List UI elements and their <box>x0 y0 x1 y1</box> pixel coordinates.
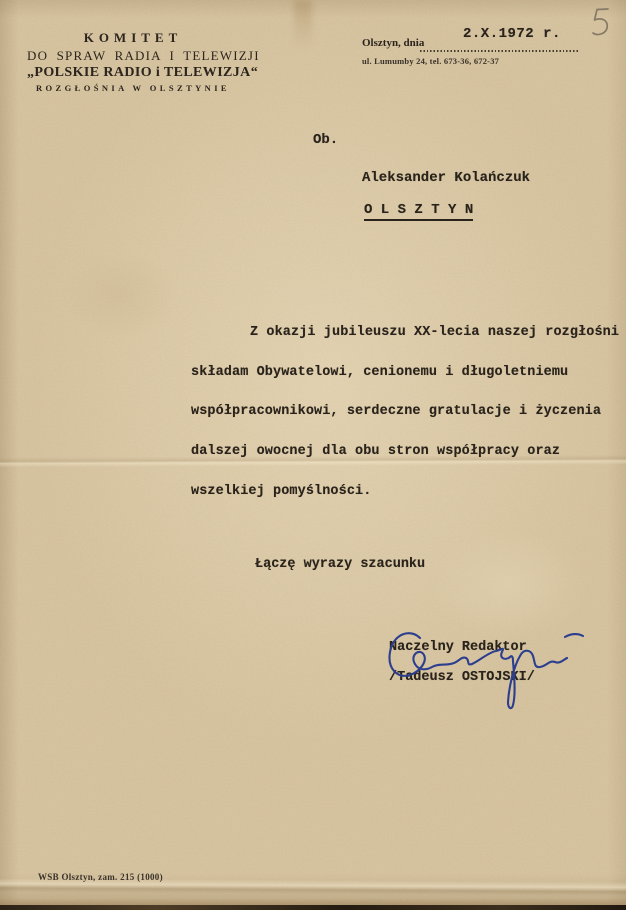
letterhead: KOMITET DO SPRAW RADIA I TELEWIZJI „POLS… <box>27 30 239 93</box>
body-line: Z okazji jubileuszu XX-lecia naszej rozg… <box>250 325 619 340</box>
page-bottom-edge <box>0 905 626 910</box>
paper-blotch <box>60 250 180 340</box>
recipient-salutation: Ob. <box>313 132 338 148</box>
typed-date: 2.X.1972 r. <box>463 26 561 42</box>
page-bottom-shadow <box>0 898 626 905</box>
body-line: dalszej owocnej dla obu stron współpracy… <box>191 444 560 459</box>
closing-salutation: Łączę wyrazy szacunku <box>255 557 425 572</box>
letterhead-line3: „POLSKIE RADIO i TELEWIZJA“ <box>27 65 239 81</box>
paper-stain <box>294 0 312 50</box>
body-line: współpracownikowi, serdeczne gratulacje … <box>191 404 601 419</box>
body-line: składam Obywatelowi, cenionemu i długole… <box>191 365 568 380</box>
letterhead-line2: DO SPRAW RADIA I TELEWIZJI <box>27 48 239 64</box>
recipient-city-underlined: O L S Z T Y N <box>364 202 473 221</box>
letterhead-line1: KOMITET <box>27 30 239 46</box>
letterhead-line4: ROZGŁOŚNIA W OLSZTYNIE <box>27 83 239 93</box>
letterhead-address: ul. Lumumby 24, tel. 673-36, 672-37 <box>362 56 499 66</box>
dateline-dotted-rule <box>420 50 580 52</box>
dateline-place-label: Olsztyn, dnia <box>362 37 424 49</box>
scanned-letter-page: KOMITET DO SPRAW RADIA I TELEWIZJI „POLS… <box>0 0 626 910</box>
body-line: wszelkiej pomyślności. <box>191 484 371 499</box>
printer-imprint: WSB Olsztyn, zam. 215 (1000) <box>38 872 163 882</box>
handwritten-page-number <box>589 5 615 39</box>
recipient-name: Aleksander Kolańczuk <box>362 170 530 186</box>
handwritten-signature <box>358 614 590 732</box>
